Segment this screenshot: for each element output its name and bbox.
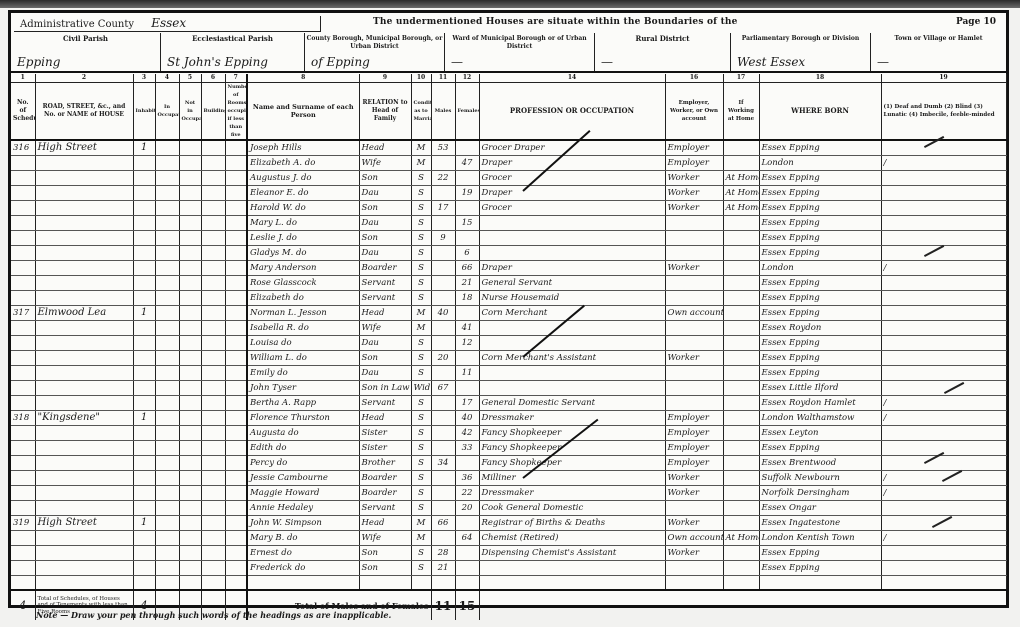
county-label: Administrative County [20, 19, 134, 30]
col-employment: Employer, Worker, or Own account [665, 83, 723, 141]
col-not-in-occupation: Not in Occupation [179, 83, 201, 141]
table-row: Elizabeth A. doWifeM47DraperEmployerLond… [11, 156, 1006, 171]
col-in-occupation: In Occupation [155, 83, 179, 141]
table-row: Edith doSisterS33Fancy ShopkeeperEmploye… [11, 441, 1006, 456]
header-town-village: Town or Village or Hamlet — [871, 33, 1006, 71]
table-row: John TyserSon in LawWid67Essex Little Il… [11, 381, 1006, 396]
table-row: Augusta doSisterS42Fancy ShopkeeperEmplo… [11, 426, 1006, 441]
column-header-row: No. of Schedule ROAD, STREET, &c., and N… [11, 83, 1006, 141]
table-row: Ernest doSonS28Dispensing Chemist's Assi… [11, 546, 1006, 561]
table-row: Annie HedaleyServantS20Cook General Dome… [11, 501, 1006, 516]
col-name: Name and Surname of each Person [247, 83, 359, 141]
header-rule [11, 71, 1006, 73]
col-rooms: Number of Rooms occupied if less than fi… [225, 83, 247, 141]
table-row: Emily doDauS11Essex Epping [11, 366, 1006, 381]
total-females: 15 [455, 590, 479, 620]
table-row: Isabella R. doWifeM41Essex Roydon [11, 321, 1006, 336]
table-row: Jessie CambourneBoarderS36MillinerWorker… [11, 471, 1006, 486]
table-row: 316High Street1Joseph HillsHeadM53Grocer… [11, 140, 1006, 156]
table-row: 319High Street1John W. SimpsonHeadM66Reg… [11, 516, 1006, 531]
table-row: Elizabeth doServantS18Nurse HousemaidEss… [11, 291, 1006, 306]
col-address: ROAD, STREET, &c., and No. or NAME of HO… [35, 83, 133, 141]
table-row: Eleanor E. doDauS19DraperWorkerAt HomeEs… [11, 186, 1006, 201]
col-where-born: WHERE BORN [759, 83, 881, 141]
col-at-home: If Working at Home [723, 83, 759, 141]
sheet-header: Administrative County Essex The undermen… [11, 13, 1006, 73]
table-row: Percy doBrotherS34Fancy ShopkeeperEmploy… [11, 456, 1006, 471]
table-row: Gladys M. doDauS6Essex Epping [11, 246, 1006, 261]
table-row: Bertha A. RappServantS17General Domestic… [11, 396, 1006, 411]
total-males: 11 [431, 590, 455, 620]
col-condition: Condition as to Marriage [411, 83, 431, 141]
column-number-row: 1 2 3 4 5 6 7 8 9 10 11 12 14 16 17 18 1… [11, 74, 1006, 83]
table-row: Mary AndersonBoarderS66DraperWorkerLondo… [11, 261, 1006, 276]
col-age-females: Females [455, 83, 479, 141]
header-rural-district: Rural District — [595, 33, 731, 71]
table-row: Mary L. doDauS15Essex Epping [11, 216, 1006, 231]
county-value: Essex [151, 16, 186, 30]
total-schedules: 4 [11, 590, 35, 620]
table-row: Rose GlasscockServantS21General ServantE… [11, 276, 1006, 291]
census-sheet: Administrative County Essex The undermen… [8, 10, 1009, 608]
header-civil-parish: Civil Parish Epping [11, 33, 161, 71]
col-building: Building [201, 83, 225, 141]
table-row: William L. doSonS20Corn Merchant's Assis… [11, 351, 1006, 366]
table-row: 318"Kingsdene"1Florence ThurstonHeadS40D… [11, 411, 1006, 426]
table-row: Louisa doDauS12Essex Epping [11, 336, 1006, 351]
header-ward: Ward of Municipal Borough or of Urban Di… [445, 33, 595, 71]
administrative-county: Administrative County Essex [14, 16, 321, 32]
table-row: Maggie HowardBoarderS22DressmakerWorkerN… [11, 486, 1006, 501]
census-table: 1 2 3 4 5 6 7 8 9 10 11 12 14 16 17 18 1… [11, 74, 1007, 620]
table-row [11, 576, 1006, 591]
col-age-males: Males [431, 83, 455, 141]
table-row: 317Elmwood Lea1Norman L. JessonHeadM40Co… [11, 306, 1006, 321]
header-parliamentary-division: Parliamentary Borough or Division West E… [731, 33, 871, 71]
scan-top-edge [0, 0, 1020, 8]
col-inhabited: Inhabited [133, 83, 155, 141]
table-row: Leslie J. doSonS9Essex Epping [11, 231, 1006, 246]
table-row: Augustus J. doSonS22GrocerWorkerAt HomeE… [11, 171, 1006, 186]
table-row: Harold W. doSonS17GrocerWorkerAt HomeEss… [11, 201, 1006, 216]
header-ecclesiastical-parish: Ecclesiastical Parish St John's Epping [161, 33, 305, 71]
col-schedule: No. of Schedule [11, 83, 35, 141]
col-relation: RELATION to Head of Family [359, 83, 411, 141]
footnote: Note — Draw your pen through such words … [36, 610, 391, 620]
table-row: Frederick doSonS21Essex Epping [11, 561, 1006, 576]
col-infirmity: (1) Deaf and Dumb (2) Blind (3) Lunatic … [881, 83, 1006, 141]
table-row: Mary B. doWifeM64Chemist (Retired)Own ac… [11, 531, 1006, 546]
col-occupation: PROFESSION OR OCCUPATION [479, 83, 665, 141]
title-line: The undermentioned Houses are situate wi… [373, 17, 738, 27]
header-borough: County Borough, Municipal Borough, or Ur… [305, 33, 445, 71]
page-number: Page 10 [956, 17, 996, 27]
